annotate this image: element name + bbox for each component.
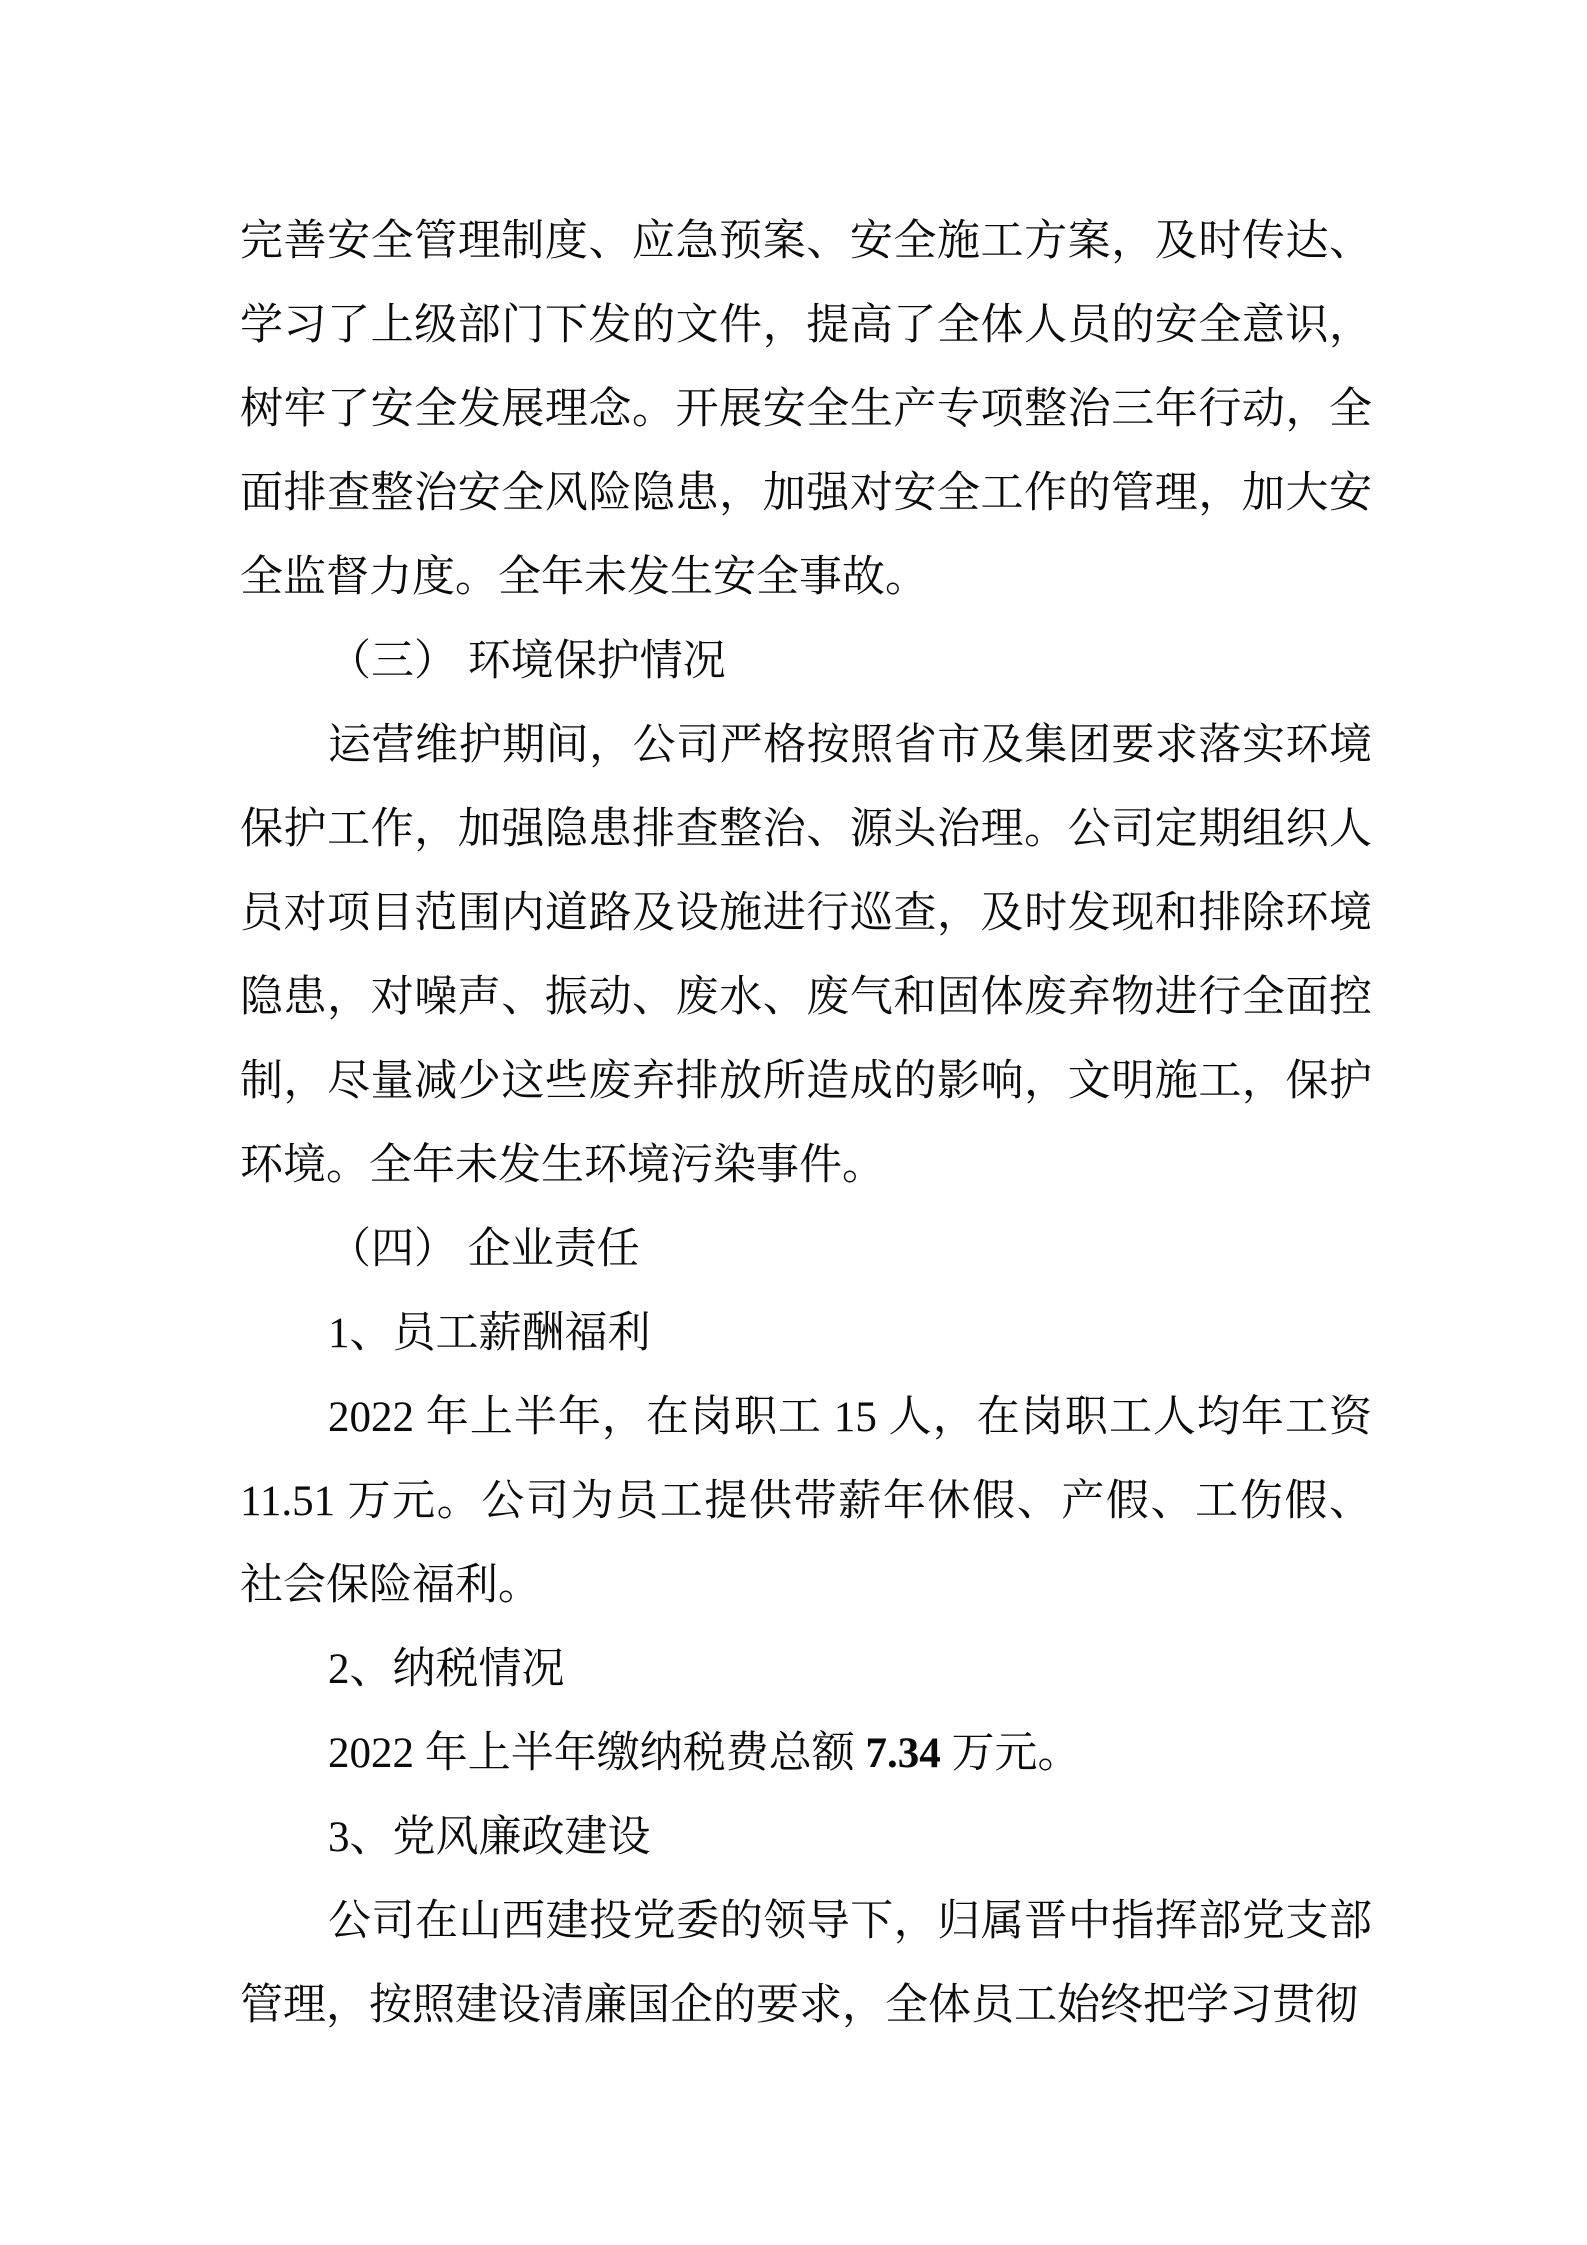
tax-text-suffix: 万元。 bbox=[941, 1730, 1081, 1777]
paragraph-tax: 2022 年上半年缴纳税费总额 7.34 万元。 bbox=[240, 1712, 1372, 1796]
tax-amount-value: 7.34 bbox=[866, 1730, 941, 1777]
section-heading-environment: （三） 环境保护情况 bbox=[240, 620, 1372, 704]
paragraph-environment-protection: 运营维护期间，公司严格按照省市及集团要求落实环境保护工作，加强隐患排查整治、源头… bbox=[240, 704, 1372, 1208]
item-title-tax: 2、纳税情况 bbox=[240, 1628, 1372, 1712]
paragraph-salary-welfare: 2022 年上半年，在岗职工 15 人，在岗职工人均年工资 11.51 万元。公… bbox=[240, 1376, 1372, 1628]
paragraph-party-building: 公司在山西建投党委的领导下，归属晋中指挥部党支部管理，按照建设清廉国企的要求，全… bbox=[240, 1880, 1372, 2048]
item-title-salary-welfare: 1、员工薪酬福利 bbox=[240, 1292, 1372, 1376]
section-heading-responsibility: （四） 企业责任 bbox=[240, 1208, 1372, 1292]
item-title-party-building: 3、党风廉政建设 bbox=[240, 1796, 1372, 1880]
tax-text-prefix: 2022 年上半年缴纳税费总额 bbox=[328, 1730, 866, 1777]
document-page: 完善安全管理制度、应急预案、安全施工方案，及时传达、学习了上级部门下发的文件，提… bbox=[0, 0, 1587, 2245]
paragraph-safety-continuation: 完善安全管理制度、应急预案、安全施工方案，及时传达、学习了上级部门下发的文件，提… bbox=[240, 200, 1372, 620]
